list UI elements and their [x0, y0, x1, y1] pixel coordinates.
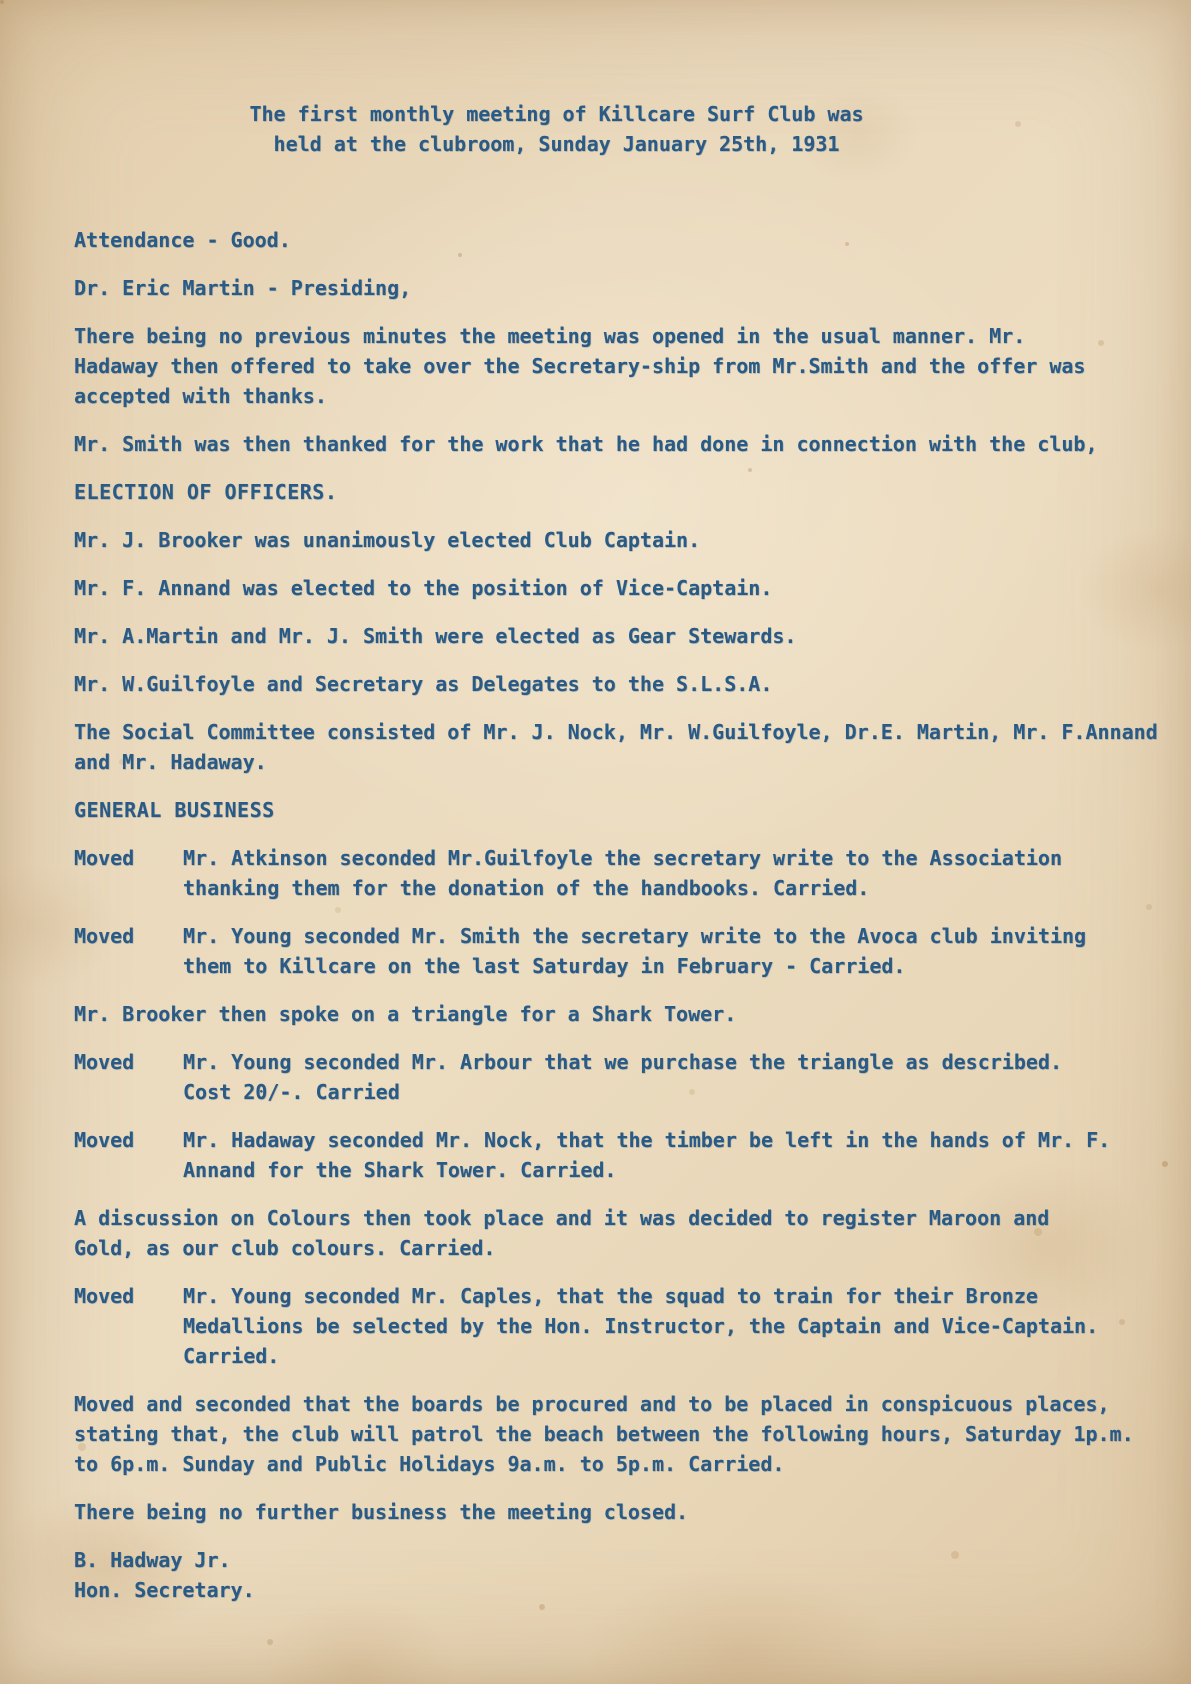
- motion-text: Mr. Young seconded Mr. Caples, that the …: [183, 1281, 1151, 1371]
- text-line: Mr. Hadaway seconded Mr. Nock, that the …: [183, 1125, 1151, 1155]
- motion-text: Mr. Atkinson seconded Mr.Guilfoyle the s…: [183, 843, 1151, 903]
- text-line: Mr. Smith was then thanked for the work …: [74, 429, 1151, 459]
- text-line: The first monthly meeting of Killcare Su…: [74, 99, 1039, 129]
- text-line: Annand for the Shark Tower. Carried.: [183, 1155, 1151, 1185]
- text-line: B. Hadway Jr.: [74, 1545, 1151, 1575]
- paragraph: Mr. W.Guilfoyle and Secretary as Delegat…: [74, 669, 1151, 699]
- motion-item: MovedMr. Hadaway seconded Mr. Nock, that…: [74, 1125, 1151, 1185]
- text-line: Mr. A.Martin and Mr. J. Smith were elect…: [74, 621, 1151, 651]
- text-line: There being no further business the meet…: [74, 1497, 1151, 1527]
- text-line: and Mr. Hadaway.: [74, 747, 1151, 777]
- text-line: Mr. F. Annand was elected to the positio…: [74, 573, 1151, 603]
- paragraph: Mr. Brooker then spoke on a triangle for…: [74, 999, 1151, 1029]
- paragraph: There being no further business the meet…: [74, 1497, 1151, 1527]
- text-line: Cost 20/-. Carried: [183, 1077, 1151, 1107]
- text-line: Mr. Young seconded Mr. Arbour that we pu…: [183, 1047, 1151, 1077]
- text-line: Hon. Secretary.: [74, 1575, 1151, 1605]
- motion-text: Mr. Young seconded Mr. Smith the secreta…: [183, 921, 1151, 981]
- motion-item: MovedMr. Atkinson seconded Mr.Guilfoyle …: [74, 843, 1151, 903]
- text-line: Mr. W.Guilfoyle and Secretary as Delegat…: [74, 669, 1151, 699]
- text-line: Mr. Atkinson seconded Mr.Guilfoyle the s…: [183, 843, 1151, 873]
- paragraph: The Social Committee consisted of Mr. J.…: [74, 717, 1151, 777]
- text-line: Attendance - Good.: [74, 225, 1151, 255]
- text-line: The Social Committee consisted of Mr. J.…: [74, 717, 1151, 747]
- text-line: Mr. J. Brooker was unanimously elected C…: [74, 525, 1151, 555]
- section-heading: GENERAL BUSINESS: [74, 795, 1151, 825]
- document-body: The first monthly meeting of Killcare Su…: [0, 0, 1191, 1684]
- text-line: thanking them for the donation of the ha…: [183, 873, 1151, 903]
- text-line: to 6p.m. Sunday and Public Holidays 9a.m…: [74, 1449, 1151, 1479]
- paragraph: Attendance - Good.: [74, 225, 1151, 255]
- page-title: The first monthly meeting of Killcare Su…: [74, 99, 1151, 159]
- section-heading: ELECTION OF OFFICERS.: [74, 477, 1151, 507]
- paragraph: A discussion on Colours then took place …: [74, 1203, 1151, 1263]
- text-line: Moved and seconded that the boards be pr…: [74, 1389, 1151, 1419]
- motion-text: Mr. Hadaway seconded Mr. Nock, that the …: [183, 1125, 1151, 1185]
- text-line: Mr. Young seconded Mr. Caples, that the …: [183, 1281, 1151, 1311]
- motion-label: Moved: [74, 1047, 183, 1107]
- text-line: Mr. Young seconded Mr. Smith the secreta…: [183, 921, 1151, 951]
- paragraph: Mr. F. Annand was elected to the positio…: [74, 573, 1151, 603]
- text-line: stating that, the club will patrol the b…: [74, 1419, 1151, 1449]
- text-line: There being no previous minutes the meet…: [74, 321, 1151, 351]
- paragraph: Mr. Smith was then thanked for the work …: [74, 429, 1151, 459]
- text-line: accepted with thanks.: [74, 381, 1151, 411]
- paragraph: Mr. J. Brooker was unanimously elected C…: [74, 525, 1151, 555]
- paragraph: There being no previous minutes the meet…: [74, 321, 1151, 411]
- text-line: Gold, as our club colours. Carried.: [74, 1233, 1151, 1263]
- paragraph: Mr. A.Martin and Mr. J. Smith were elect…: [74, 621, 1151, 651]
- text-line: A discussion on Colours then took place …: [74, 1203, 1151, 1233]
- text-line: held at the clubroom, Sunday January 25t…: [74, 129, 1039, 159]
- paragraph: Moved and seconded that the boards be pr…: [74, 1389, 1151, 1479]
- motion-label: Moved: [74, 843, 183, 903]
- motion-item: MovedMr. Young seconded Mr. Caples, that…: [74, 1281, 1151, 1371]
- signature: B. Hadway Jr.Hon. Secretary.: [74, 1545, 1151, 1605]
- motion-item: MovedMr. Young seconded Mr. Arbour that …: [74, 1047, 1151, 1107]
- motion-text: Mr. Young seconded Mr. Arbour that we pu…: [183, 1047, 1151, 1107]
- paragraph: Dr. Eric Martin - Presiding,: [74, 273, 1151, 303]
- motion-label: Moved: [74, 1281, 183, 1371]
- text-line: Medallions be selected by the Hon. Instr…: [183, 1311, 1151, 1341]
- text-line: Dr. Eric Martin - Presiding,: [74, 273, 1151, 303]
- text-line: ELECTION OF OFFICERS.: [74, 477, 1151, 507]
- motion-item: MovedMr. Young seconded Mr. Smith the se…: [74, 921, 1151, 981]
- text-line: Mr. Brooker then spoke on a triangle for…: [74, 999, 1151, 1029]
- text-line: Hadaway then offered to take over the Se…: [74, 351, 1151, 381]
- motion-label: Moved: [74, 1125, 183, 1185]
- text-line: Carried.: [183, 1341, 1151, 1371]
- text-line: GENERAL BUSINESS: [74, 795, 1151, 825]
- text-line: them to Killcare on the last Saturday in…: [183, 951, 1151, 981]
- motion-label: Moved: [74, 921, 183, 981]
